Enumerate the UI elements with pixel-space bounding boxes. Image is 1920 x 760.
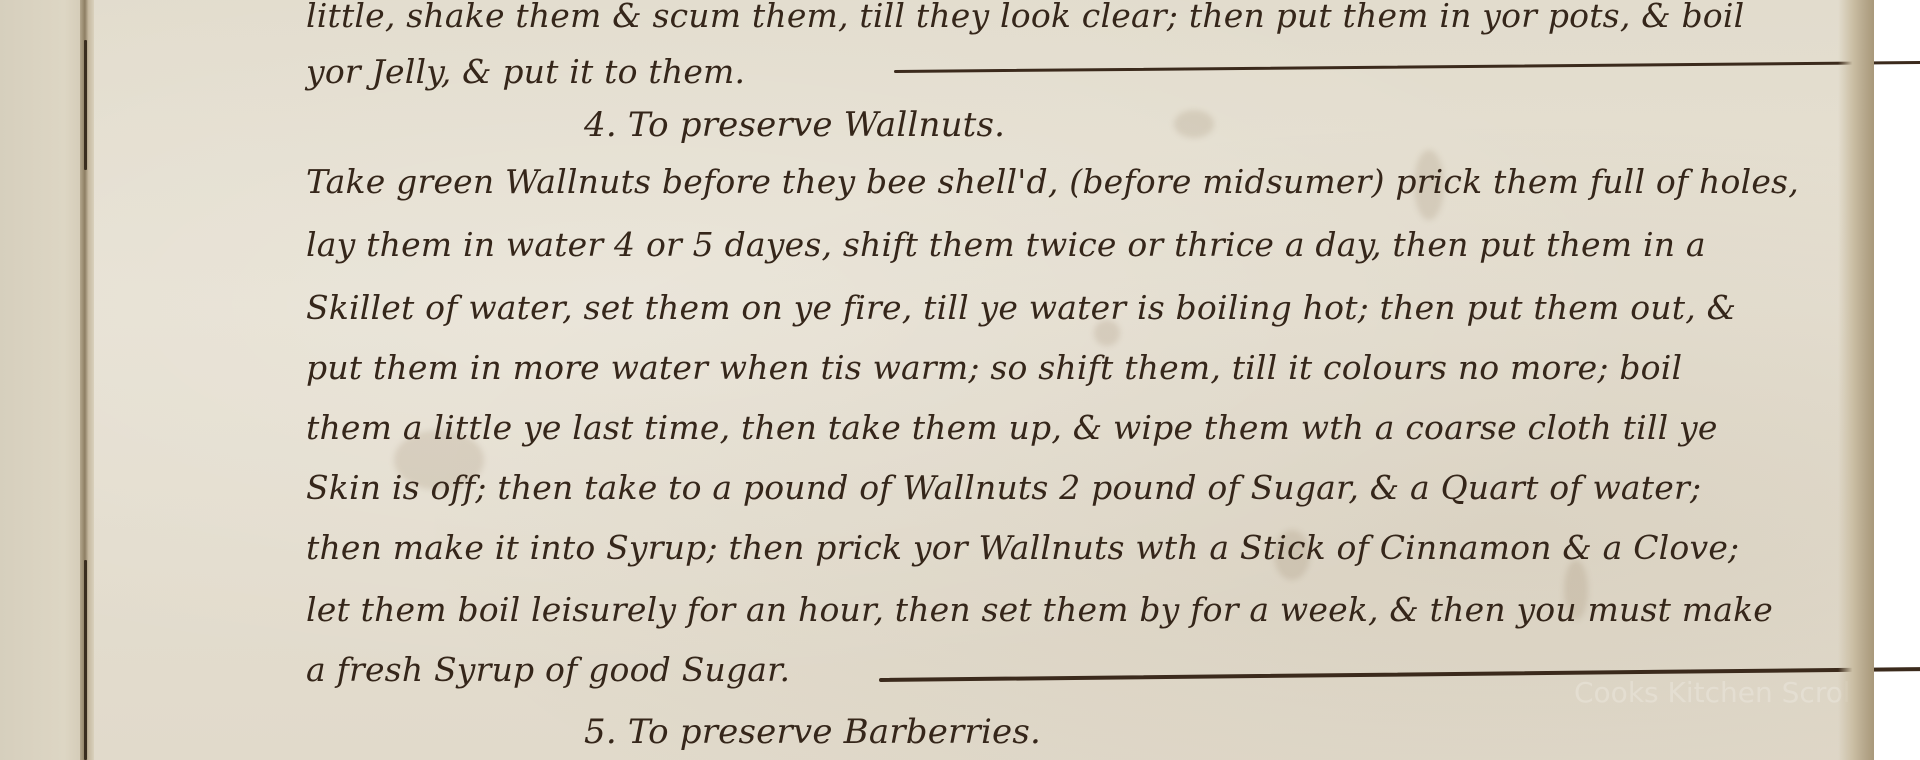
manuscript-line: little, shake them & scum them, till the… <box>306 0 1744 35</box>
page-fore-edge <box>1838 0 1874 760</box>
recipe-heading-4: 4. To preserve Wallnuts. <box>584 105 1005 145</box>
gutter-crack <box>84 40 87 170</box>
manuscript-line: then make it into Syrup; then prick yor … <box>306 528 1739 567</box>
manuscript-line: yor Jelly, & put it to them. <box>306 52 745 91</box>
recipe-heading-5: 5. To preserve Barberries. <box>584 712 1041 752</box>
watermark: Cooks Kitchen Scrolls <box>1574 676 1873 709</box>
manuscript-line: them a little ye last time, then take th… <box>306 408 1718 447</box>
section-divider-rule <box>894 61 1920 73</box>
manuscript-line: Take green Wallnuts before they bee shel… <box>306 162 1799 201</box>
manuscript-line: Skin is off; then take to a pound of Wal… <box>306 468 1701 507</box>
manuscript-line: Skillet of water, set them on ye fire, t… <box>306 288 1736 327</box>
manuscript-frame: little, shake them & scum them, till the… <box>0 0 1920 760</box>
manuscript-line: put them in more water when tis warm; so… <box>306 348 1682 387</box>
gutter-crack <box>84 560 87 760</box>
book-gutter <box>80 0 94 760</box>
manuscript-line: let them boil leisurely for an hour, the… <box>306 590 1773 629</box>
manuscript-line: a fresh Syrup of good Sugar. <box>306 650 790 689</box>
manuscript-page: little, shake them & scum them, till the… <box>94 0 1870 760</box>
adjacent-left-page <box>0 0 92 760</box>
manuscript-line: lay them in water 4 or 5 dayes, shift th… <box>306 225 1706 264</box>
ink-stain <box>1174 110 1214 138</box>
